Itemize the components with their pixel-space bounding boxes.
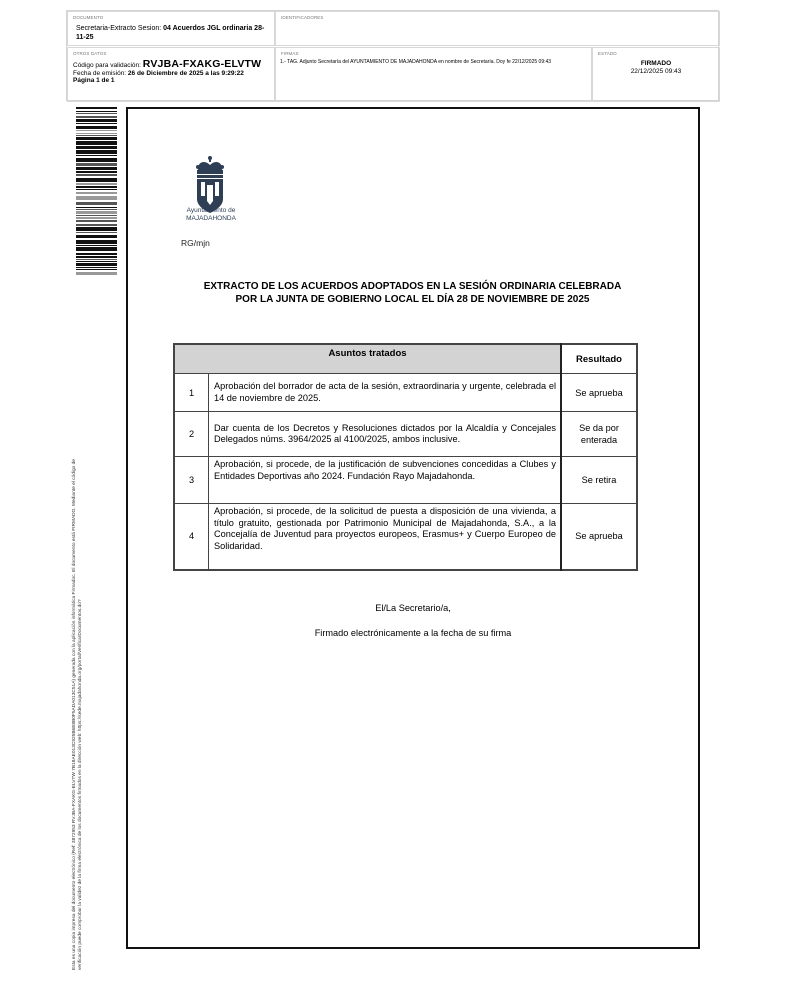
signature-note: Firmado electrónicamente a la fecha de s…	[126, 628, 700, 638]
table-row: 2 Dar cuenta de los Decretos y Resolucio…	[174, 412, 637, 457]
item-result: Se aprueba	[561, 504, 637, 570]
side-text-line-2: verificación puede comprobar la validez …	[78, 300, 84, 970]
validation-code-line: Código para validación: RVJBA-FXAKG-ELVT…	[73, 61, 273, 70]
issue-date: 26 de Diciembre de 2025 a las 9:29:22	[128, 70, 244, 77]
identificadores-cell: IDENTIFICADORES	[275, 11, 720, 46]
firmas-label: FIRMAS	[281, 51, 299, 56]
item-description: Dar cuenta de los Decretos y Resolucione…	[209, 412, 562, 457]
document-reference: RG/mjn	[181, 238, 210, 248]
heading-line-1: EXTRACTO DE LOS ACUERDOS ADOPTADOS EN LA…	[170, 280, 655, 293]
page-count: Página 1 de 1	[73, 77, 115, 84]
barcode-icon	[76, 107, 117, 277]
signature-entry: 1.- TAG. Adjunto Secretaría del AYUNTAMI…	[280, 59, 585, 66]
item-number: 4	[174, 504, 209, 570]
item-result: Se da por enterada	[561, 412, 637, 457]
estado-label: ESTADO	[598, 51, 617, 56]
document-title-plain: Secretaria-Extracto Sesion:	[76, 25, 163, 32]
otros-datos-cell: OTROS DATOS Código para validación: RVJB…	[67, 47, 275, 102]
documento-cell: DOCUMENTO Secretaria-Extracto Sesion: 04…	[67, 11, 275, 46]
validation-code-label: Código para validación:	[73, 62, 143, 69]
agenda-table: Asuntos tratados Resultado 1 Aprobación …	[173, 343, 638, 571]
item-description: Aprobación del borrador de acta de la se…	[209, 374, 562, 412]
item-description: Aprobación, si procede, de la justificac…	[209, 457, 562, 504]
item-result-text: Se da por enterada	[574, 422, 624, 446]
otros-datos-label: OTROS DATOS	[73, 51, 106, 56]
validation-code: RVJBA-FXAKG-ELVTW	[143, 58, 262, 70]
document-heading: EXTRACTO DE LOS ACUERDOS ADOPTADOS EN LA…	[170, 280, 655, 306]
item-description: Aprobación, si procede, de la solicitud …	[209, 504, 562, 570]
table-row: 1 Aprobación del borrador de acta de la …	[174, 374, 637, 412]
heading-line-2: POR LA JUNTA DE GOBIERNO LOCAL EL DÍA 28…	[170, 293, 655, 306]
item-result: Se retira	[561, 457, 637, 504]
item-result: Se aprueba	[561, 374, 637, 412]
logo-line-1: Ayuntamiento de	[166, 207, 256, 215]
municipality-name: Ayuntamiento de MAJADAHONDA	[166, 207, 256, 222]
document-title: Secretaria-Extracto Sesion: 04 Acuerdos …	[76, 24, 271, 42]
item-number: 3	[174, 457, 209, 504]
status-badge: FIRMADO	[593, 60, 719, 68]
signatory-role: El/La Secretario/a,	[126, 603, 700, 613]
header-asuntos: Asuntos tratados	[174, 344, 561, 374]
header-resultado: Resultado	[561, 344, 637, 374]
firmas-cell: FIRMAS 1.- TAG. Adjunto Secretaría del A…	[275, 47, 592, 102]
documento-label: DOCUMENTO	[73, 15, 103, 20]
item-number: 2	[174, 412, 209, 457]
issue-date-line: Fecha de emisión: 26 de Diciembre de 202…	[73, 70, 273, 78]
table-row: 4 Aprobación, si procede, de la solicitu…	[174, 504, 637, 570]
table-row: 3 Aprobación, si procede, de la justific…	[174, 457, 637, 504]
estado-cell: ESTADO FIRMADO 22/12/2025 09:43	[592, 47, 720, 102]
verification-side-text: Esta es una copia impresa del documento …	[72, 300, 84, 970]
document-metadata-box: DOCUMENTO Secretaria-Extracto Sesion: 04…	[66, 10, 719, 101]
status-date: 22/12/2025 09:43	[631, 68, 682, 75]
issue-date-label: Fecha de emisión:	[73, 70, 128, 77]
identificadores-label: IDENTIFICADORES	[281, 15, 324, 20]
item-number: 1	[174, 374, 209, 412]
logo-line-2: MAJADAHONDA	[166, 215, 256, 223]
